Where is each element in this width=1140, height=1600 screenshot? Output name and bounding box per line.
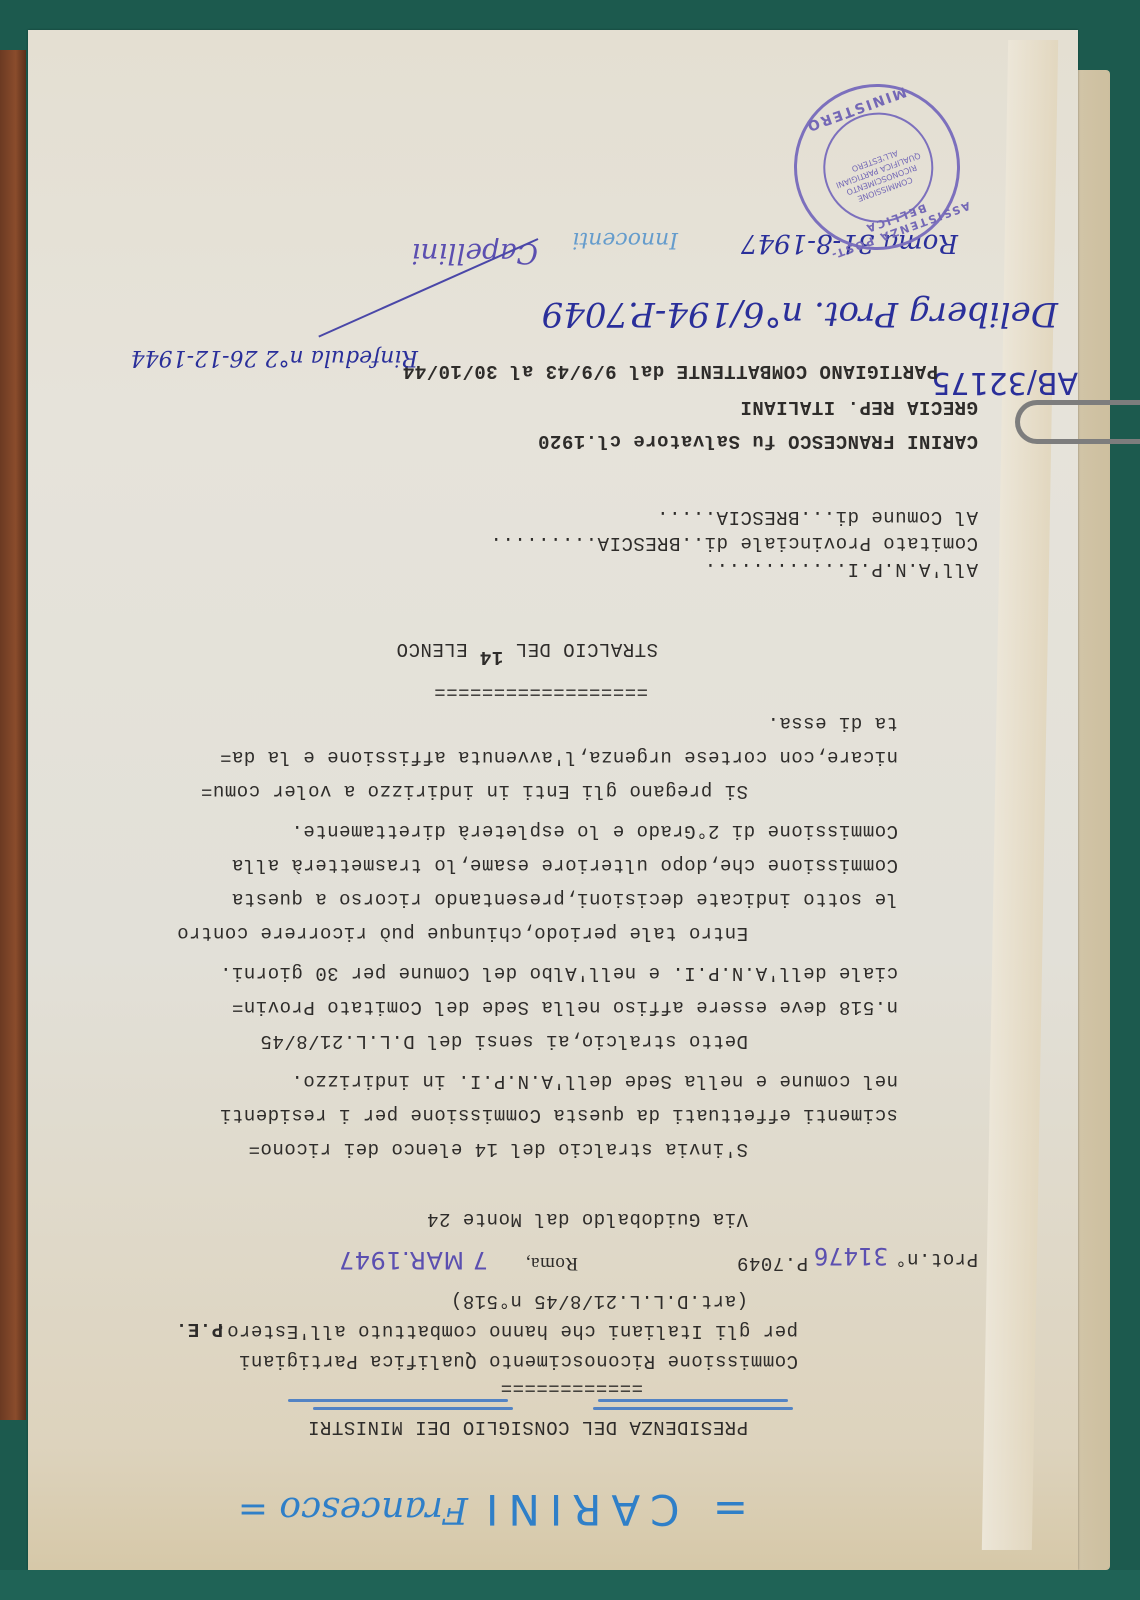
entry-qualification: PARTIGIANO COMBATTENTE dal 9/9/43 al 30/… <box>402 360 938 382</box>
desk-wood-edge <box>0 50 26 1420</box>
underline-mark <box>593 1407 793 1410</box>
handwritten-first-name: Francesco = <box>238 1489 468 1530</box>
body-line: le sotto indicate decisioni,presentando … <box>231 888 898 910</box>
office-heading: PRESIDENZA DEL CONSIGLIO DEI MINISTRI <box>308 1416 748 1438</box>
handwritten-note-line: Deliberg Prot. n°6/194-P.7049 <box>542 294 1058 334</box>
address-line: Via Guidobaldo dal Monte 24 <box>427 1208 748 1230</box>
underline-mark <box>313 1407 513 1410</box>
body-line: nel comune e nella Sede dell'A.N.P.I. in… <box>291 1070 898 1092</box>
place-label: Roma, <box>525 1252 578 1274</box>
body-line: scimenti effettuati da questa Commission… <box>220 1104 898 1126</box>
handwritten-surname: = CARINI <box>476 1485 748 1534</box>
body-line: Entro tale periodo,chiunque può ricorrer… <box>177 922 748 944</box>
section-title-prefix: STRALCIO DEL <box>515 638 658 660</box>
body-line: nicare,con cortese urgenza,l'avvenuta af… <box>220 746 898 768</box>
body-line: n.518 deve essere affiso nella Sede del … <box>231 996 898 1018</box>
section-title: STRALCIO DEL 14 ELENCO <box>396 638 658 660</box>
date-stamp: 7 MAR.1947 <box>338 1246 488 1274</box>
recipient-comune: Al Comune di...BRESCIA..... <box>657 506 978 528</box>
body-line: ciale dell'A.N.P.I. e nell'Albo del Comu… <box>220 962 898 984</box>
paper-clip <box>1015 400 1140 444</box>
underline-mark <box>598 1399 788 1402</box>
section-title-suffix: ELENCO <box>396 638 467 660</box>
recipient-anpi: All'A.N.P.I............ <box>704 558 978 580</box>
protocol-label: Prot.n° <box>895 1248 978 1270</box>
protocol-reference: P.7049 <box>737 1252 808 1274</box>
body-line: Commissione che,dopo ulteriore esame,lo … <box>231 854 898 876</box>
section-separator: ================== <box>434 680 648 702</box>
entry-name: CARINI FRANCESCO fu Salvatore cl.1920 <box>538 430 978 452</box>
underline-mark <box>288 1399 508 1402</box>
handwritten-note-signature: Innocenti <box>572 227 678 252</box>
body-line: Commissione di 2°Grado e lo espleterà di… <box>291 820 898 842</box>
pe-marker: P.E. <box>175 1318 223 1340</box>
commission-line-1: Commissione Riconoscimento Qualifica Par… <box>239 1350 798 1372</box>
body-line: Detto stralcio,ai sensi del D.L.L.21/8/4… <box>260 1030 748 1052</box>
commission-line-3: (art.D.L.L.21/8/45 n°518) <box>450 1290 748 1312</box>
handwritten-side-note: Rinfedula n°2 26-12-1944 <box>131 345 418 370</box>
body-line: S'invia stralcio del 14 elenco dei ricon… <box>248 1138 748 1160</box>
protocol-number-stamp: 31476 <box>813 1242 888 1270</box>
commission-line-2: per gli Italiani che hanno combattuto al… <box>215 1320 798 1342</box>
body-line: ta di essa. <box>767 712 898 734</box>
section-title-number: 14 <box>479 646 503 668</box>
background-surface <box>0 1570 1140 1600</box>
document-content: = CARINI Francesco = PRESIDENZA DEL CONS… <box>28 30 1078 1570</box>
handwritten-case-code: AB/32175 <box>931 365 1078 400</box>
recipient-comitato: Comitato Provinciale di..BRESCIA........… <box>490 532 978 554</box>
body-line: Si pregano gli Enti in indirizzo a voler… <box>201 780 749 802</box>
header-separator: ============ <box>500 1376 643 1398</box>
